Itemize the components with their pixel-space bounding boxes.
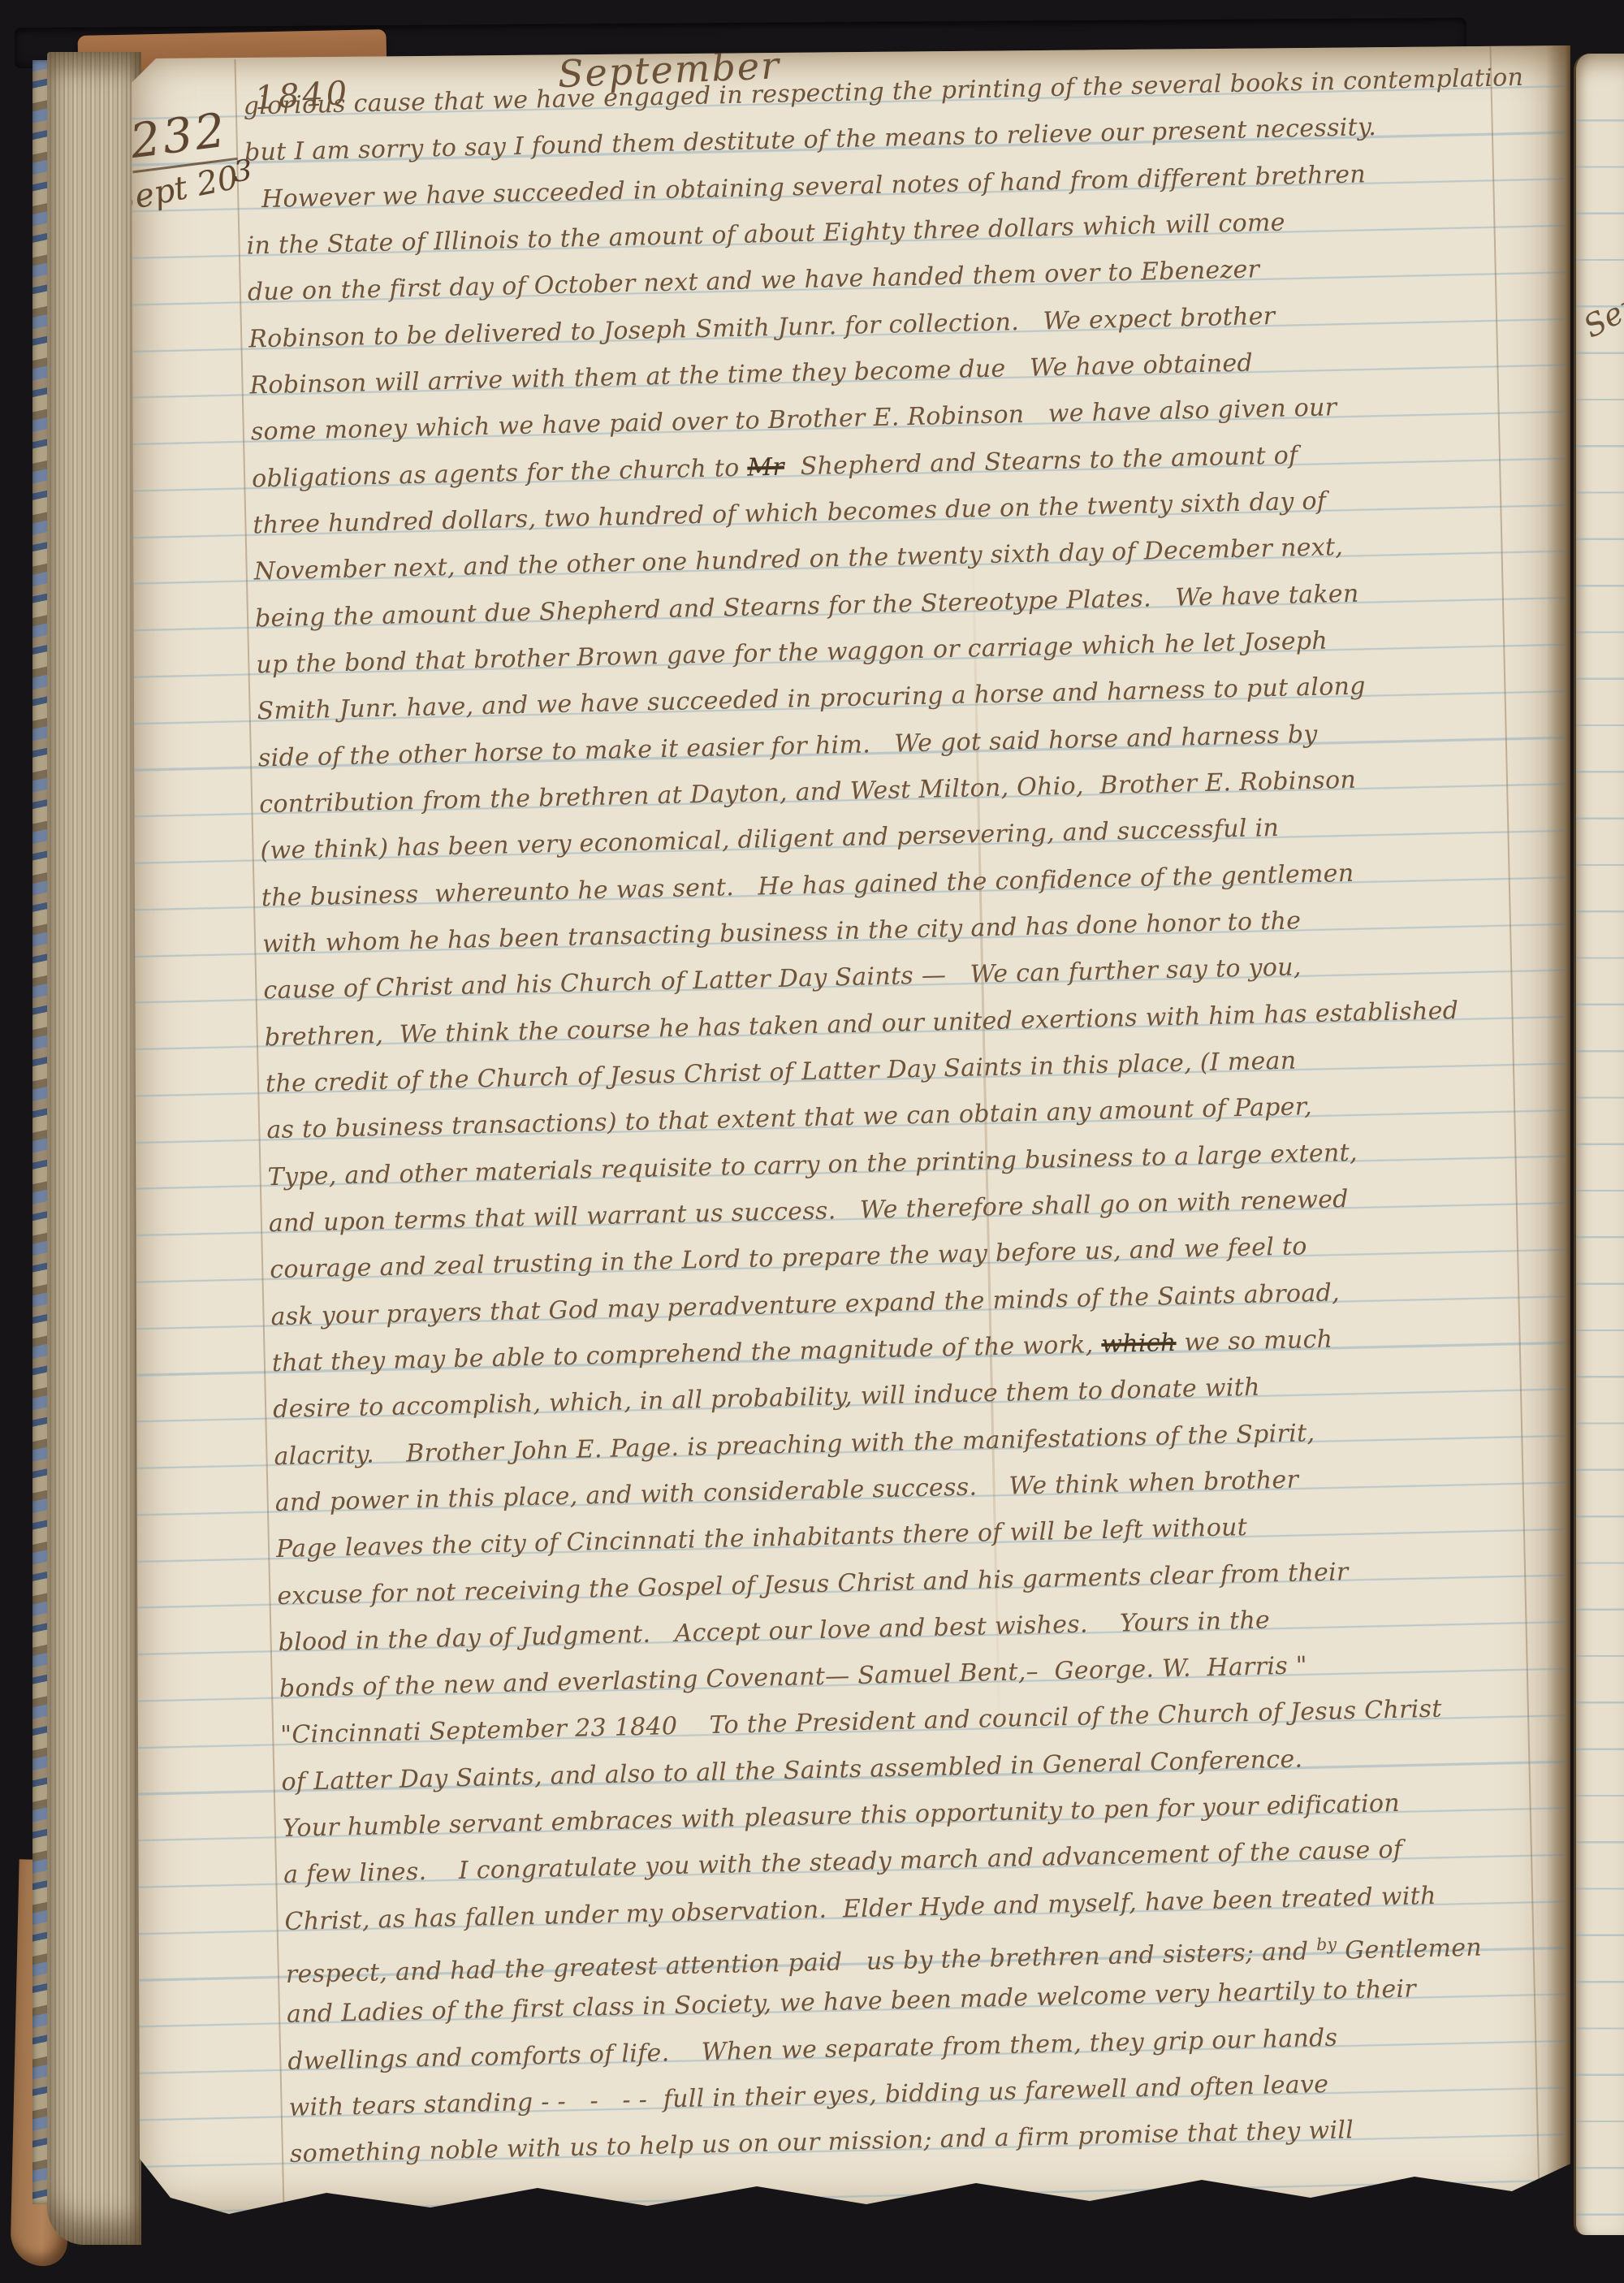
- manuscript-page: 1840 September 232 Sept 20 3 glorious ca…: [132, 45, 1570, 2232]
- gutter-shadow: [1546, 45, 1570, 2232]
- next-page-ruling: [1576, 54, 1624, 2227]
- book-photo-background: 1840 September 232 Sept 20 3 glorious ca…: [0, 0, 1624, 2283]
- next-page-sliver: Sep: [1574, 54, 1624, 2235]
- page-surface: 1840 September 232 Sept 20 3 glorious ca…: [106, 29, 1594, 2248]
- left-page-edges: [47, 52, 141, 2245]
- manuscript-text: glorious cause that we have engaged in r…: [243, 54, 1565, 2178]
